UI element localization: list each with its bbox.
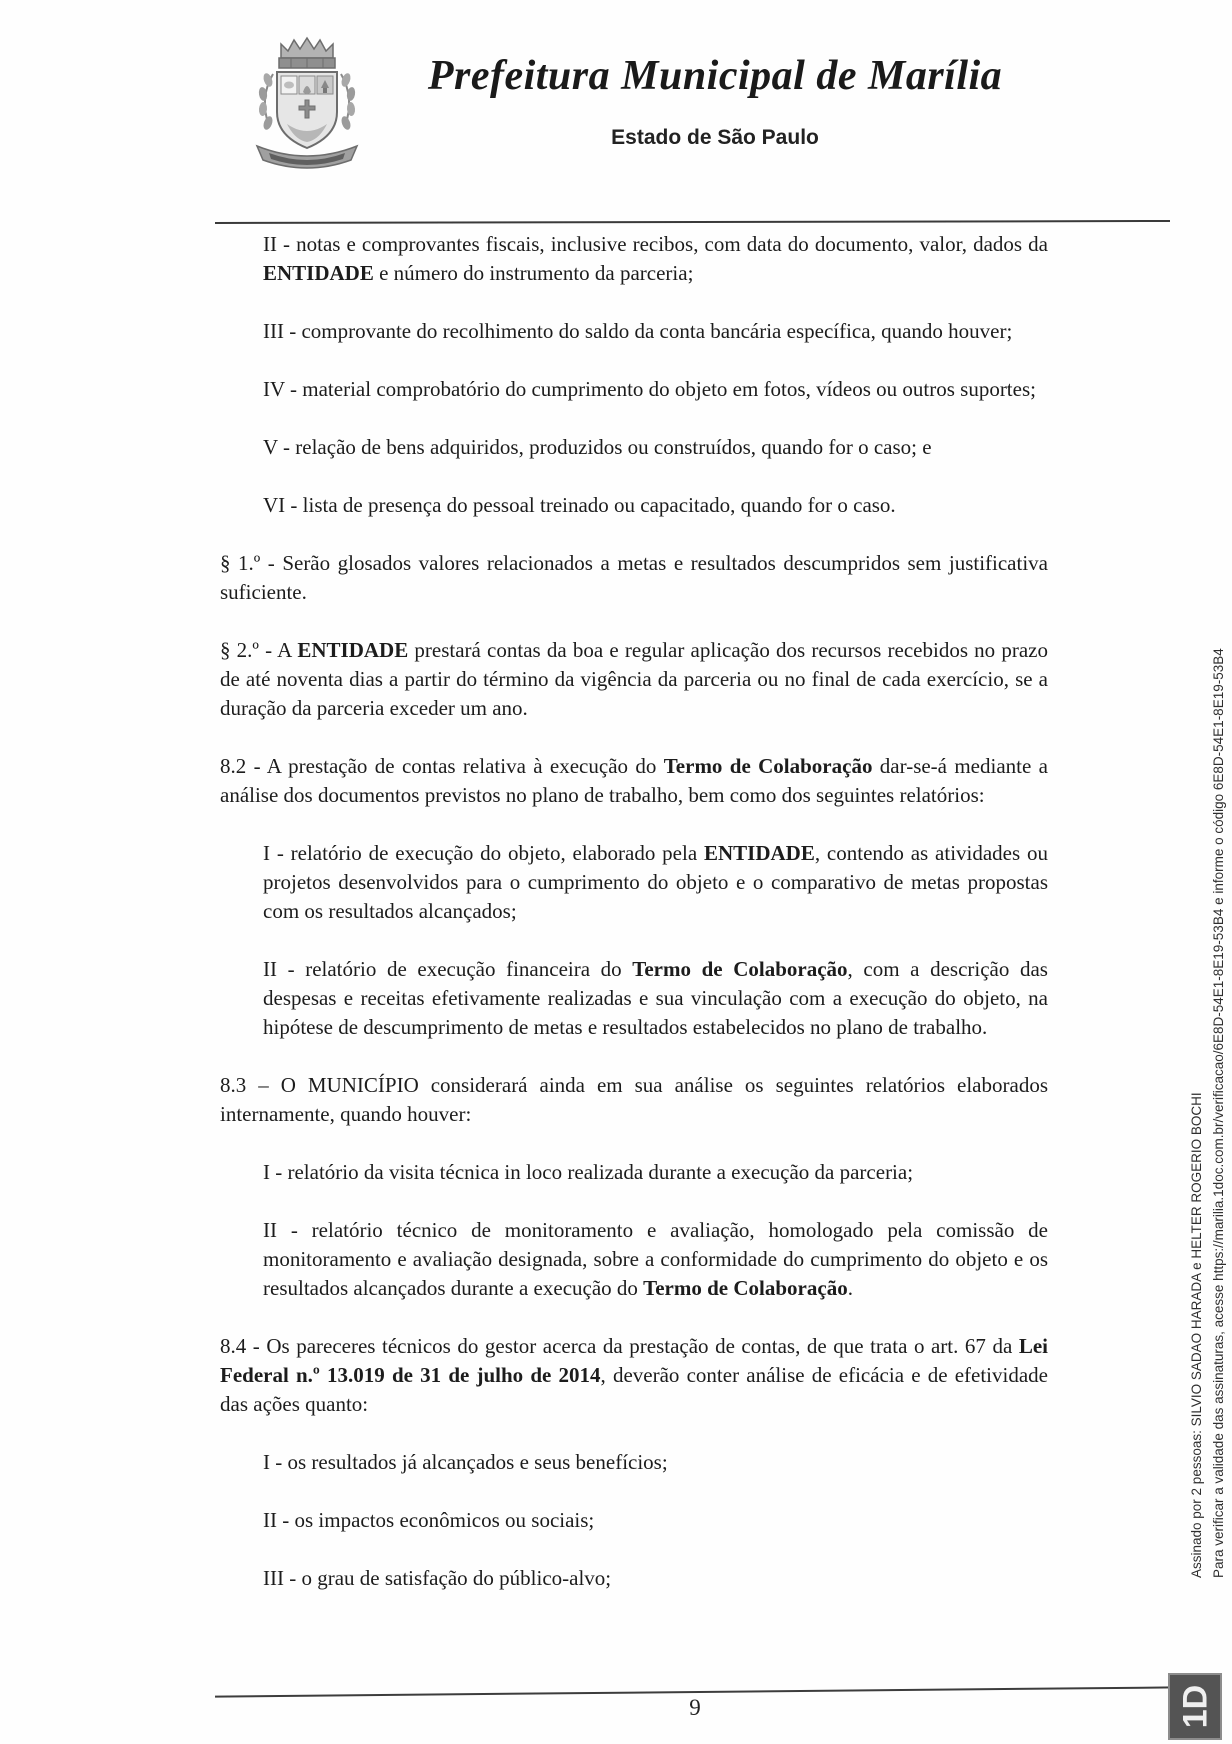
text-segment: I - relatório da visita técnica in loco … (263, 1160, 913, 1184)
paragraph: I - relatório da visita técnica in loco … (263, 1158, 1048, 1187)
coat-of-arms-icon (243, 34, 371, 178)
paragraph: V - relação de bens adquiridos, produzid… (263, 433, 1048, 462)
signature-verification: Para verificar a validade das assinatura… (1208, 503, 1230, 1578)
paragraph: II - relatório técnico de monitoramento … (263, 1216, 1048, 1303)
paragraph: VI - lista de presença do pessoal treina… (263, 491, 1048, 520)
paragraph: III - o grau de satisfação do público-al… (263, 1564, 1048, 1593)
paragraph: I - relatório de execução do objeto, ela… (263, 839, 1048, 926)
bold-text-segment: Termo de Colaboração (632, 957, 847, 981)
text-segment: 8.4 - Os pareceres técnicos do gestor ac… (220, 1334, 1019, 1358)
page-title: Prefeitura Municipal de Marília (380, 52, 1050, 100)
paragraph: § 2.º - A ENTIDADE prestará contas da bo… (220, 636, 1048, 723)
svg-text:1D: 1D (1177, 1685, 1215, 1728)
text-segment: I - os resultados já alcançados e seus b… (263, 1450, 668, 1474)
onedoc-logo-icon: 1D (1168, 1673, 1222, 1740)
text-segment: . (848, 1276, 853, 1300)
text-segment: V - relação de bens adquiridos, produzid… (263, 435, 932, 459)
page-subtitle: Estado de São Paulo (380, 126, 1050, 150)
text-segment: IV - material comprobatório do cumprimen… (263, 377, 1036, 401)
text-segment: 8.2 - A prestação de contas relativa à e… (220, 754, 664, 778)
page-number: 9 (215, 1695, 1175, 1721)
paragraph: I - os resultados já alcançados e seus b… (263, 1448, 1048, 1477)
bold-text-segment: ENTIDADE (704, 841, 815, 865)
text-segment: I - relatório de execução do objeto, ela… (263, 841, 704, 865)
bold-text-segment: Termo de Colaboração (643, 1276, 848, 1300)
text-segment: VI - lista de presença do pessoal treina… (263, 493, 896, 517)
signature-strip: Assinado por 2 pessoas: SILVIO SADAO HAR… (1186, 503, 1230, 1578)
bold-text-segment: ENTIDADE (297, 638, 408, 662)
signature-signed-by: Assinado por 2 pessoas: SILVIO SADAO HAR… (1186, 503, 1208, 1578)
text-segment: 8.3 – O MUNICÍPIO considerará ainda em s… (220, 1073, 1048, 1126)
paragraph: II - os impactos econômicos ou sociais; (263, 1506, 1048, 1535)
text-segment: III - o grau de satisfação do público-al… (263, 1566, 611, 1590)
text-segment: § 1.º - Serão glosados valores relaciona… (220, 551, 1048, 604)
paragraph: 8.3 – O MUNICÍPIO considerará ainda em s… (220, 1071, 1048, 1129)
text-segment: III - comprovante do recolhimento do sal… (263, 319, 1012, 343)
text-segment: II - os impactos econômicos ou sociais; (263, 1508, 594, 1532)
bold-text-segment: Termo de Colaboração (664, 754, 873, 778)
header-divider (215, 220, 1170, 224)
text-segment: e número do instrumento da parceria; (374, 261, 694, 285)
text-segment: II - relatório de execução financeira do (263, 957, 632, 981)
paragraph: § 1.º - Serão glosados valores relaciona… (220, 549, 1048, 607)
text-segment: II - notas e comprovantes fiscais, inclu… (263, 232, 1048, 256)
paragraph: II - notas e comprovantes fiscais, inclu… (263, 230, 1048, 288)
paragraph: 8.2 - A prestação de contas relativa à e… (220, 752, 1048, 810)
paragraph: IV - material comprobatório do cumprimen… (263, 375, 1048, 404)
document-page: Prefeitura Municipal de Marília Estado d… (0, 0, 1232, 1744)
paragraph: III - comprovante do recolhimento do sal… (263, 317, 1048, 346)
paragraph: II - relatório de execução financeira do… (263, 955, 1048, 1042)
paragraph: 8.4 - Os pareceres técnicos do gestor ac… (220, 1332, 1048, 1419)
document-body: II - notas e comprovantes fiscais, inclu… (220, 230, 1048, 1622)
text-segment: § 2.º - A (220, 638, 297, 662)
bold-text-segment: ENTIDADE (263, 261, 374, 285)
